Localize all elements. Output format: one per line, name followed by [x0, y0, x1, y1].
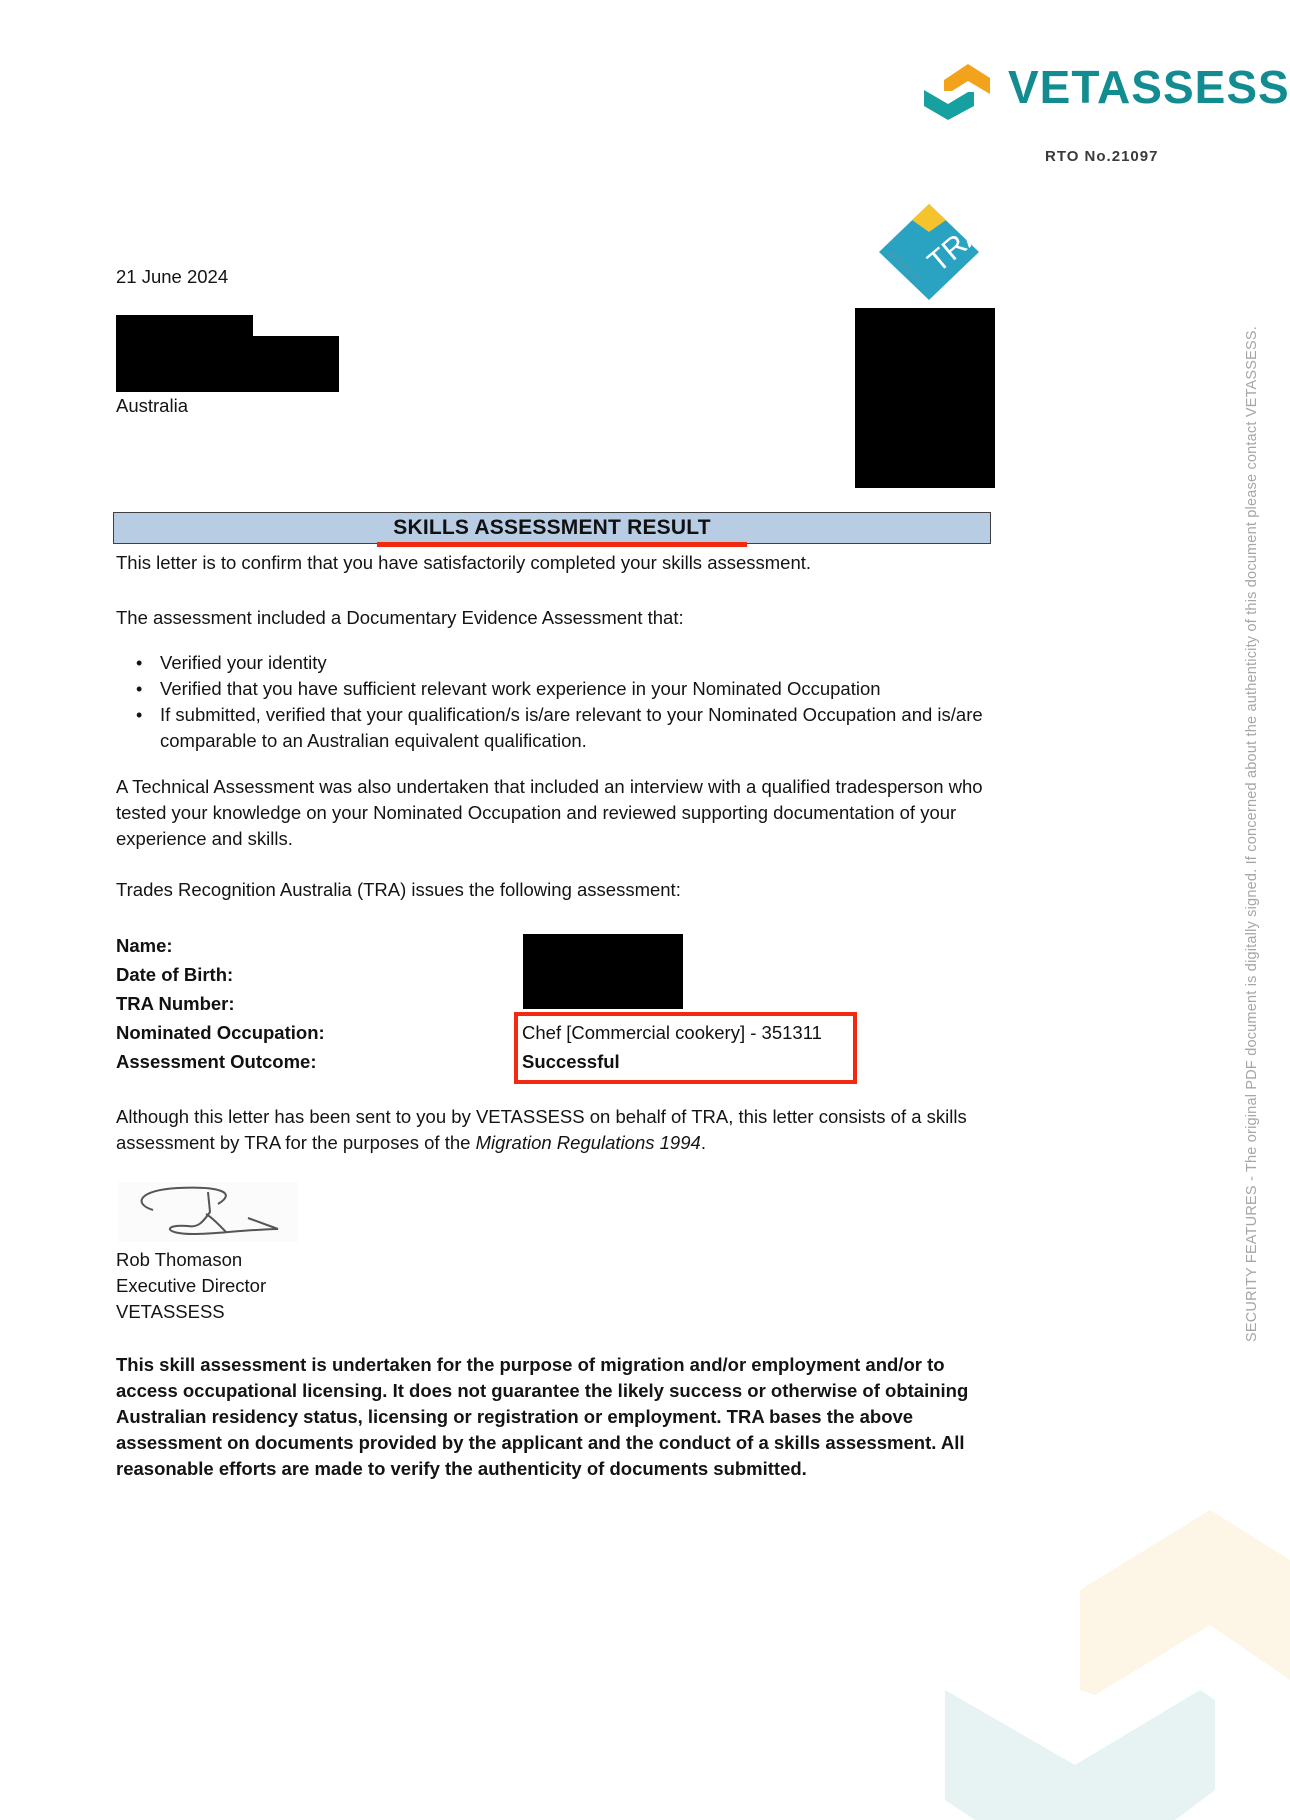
intro-paragraph: This letter is to confirm that you have … — [116, 550, 811, 576]
bullet-item: If submitted, verified that your qualifi… — [116, 702, 1016, 754]
detail-row-dob: Date of Birth: — [116, 960, 916, 989]
bullet-item: Verified your identity — [116, 650, 1016, 676]
detail-label: Name: — [116, 931, 522, 960]
recipient-country: Australia — [116, 393, 188, 419]
detail-label: Nominated Occupation: — [116, 1018, 522, 1047]
letter-date: 21 June 2024 — [116, 264, 228, 290]
although-suffix: . — [701, 1132, 706, 1153]
result-title-bar: SKILLS ASSESSMENT RESULT — [113, 512, 991, 544]
detail-label: TRA Number: — [116, 989, 522, 1018]
page-title: SKILLS ASSESSMENT RESULT — [393, 516, 711, 540]
redacted-personal-details — [523, 934, 683, 1009]
detail-label: Date of Birth: — [116, 960, 522, 989]
vetassess-logo-wordmark: VETASSESS — [1008, 62, 1290, 112]
redacted-recipient-address — [116, 336, 339, 392]
signature-image — [118, 1182, 298, 1242]
signer-org: VETASSESS — [116, 1299, 266, 1325]
bullet-item: Verified that you have sufficient releva… — [116, 676, 1016, 702]
dea-intro-paragraph: The assessment included a Documentary Ev… — [116, 605, 684, 631]
signer-title: Executive Director — [116, 1273, 266, 1299]
detail-label: Assessment Outcome: — [116, 1047, 522, 1076]
signer-block: Rob Thomason Executive Director VETASSES… — [116, 1247, 266, 1325]
vetassess-watermark-icon — [920, 1490, 1290, 1820]
technical-assessment-paragraph: A Technical Assessment was also undertak… — [116, 774, 1016, 852]
tra-approved-badge-icon: TRA APPROVED BY — [872, 196, 987, 306]
vetassess-logo-icon — [922, 56, 992, 120]
redacted-reference-block — [855, 308, 995, 488]
occupation-outcome-annotation-box — [514, 1012, 857, 1084]
signer-name: Rob Thomason — [116, 1247, 266, 1273]
disclaimer-paragraph: This skill assessment is undertaken for … — [116, 1352, 996, 1482]
title-annotation-underline — [377, 542, 747, 547]
tra-issues-paragraph: Trades Recognition Australia (TRA) issue… — [116, 877, 681, 903]
regulation-name: Migration Regulations 1994 — [476, 1132, 701, 1153]
rto-number: RTO No.21097 — [1045, 148, 1158, 165]
dea-bullet-list: Verified your identity Verified that you… — [116, 650, 1016, 754]
although-paragraph: Although this letter has been sent to yo… — [116, 1104, 1016, 1156]
detail-row-name: Name: — [116, 931, 916, 960]
security-features-note: SECURITY FEATURES - The original PDF doc… — [1244, 326, 1260, 1342]
